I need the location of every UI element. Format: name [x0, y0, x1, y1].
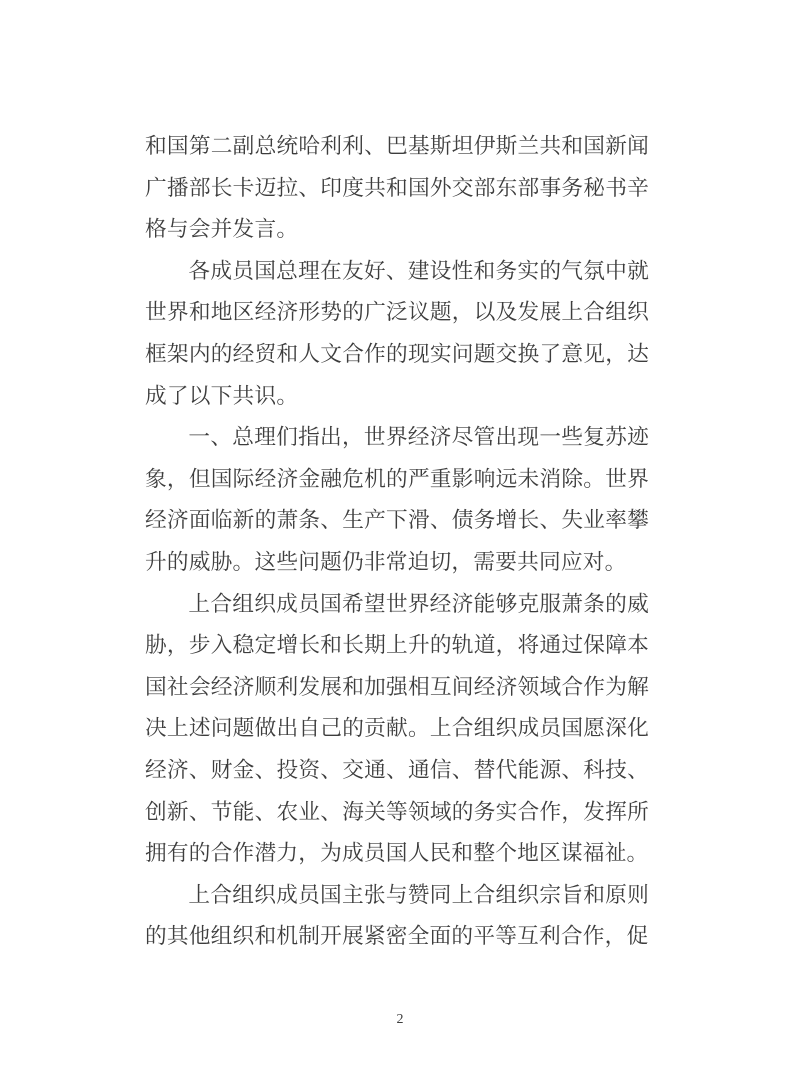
paragraph: 一、总理们指出，世界经济尽管出现一些复苏迹象，但国际经济金融危机的严重影响远未消… [145, 417, 649, 583]
page-number: 2 [0, 1010, 800, 1030]
paragraph: 各成员国总理在友好、建设性和务实的气氛中就世界和地区经济形势的广泛议题，以及发展… [145, 251, 649, 417]
paragraph: 和国第二副总统哈利利、巴基斯坦伊斯兰共和国新闻广播部长卡迈拉、印度共和国外交部东… [145, 126, 649, 251]
document-page: 和国第二副总统哈利利、巴基斯坦伊斯兰共和国新闻广播部长卡迈拉、印度共和国外交部东… [0, 0, 800, 1067]
text-content: 和国第二副总统哈利利、巴基斯坦伊斯兰共和国新闻广播部长卡迈拉、印度共和国外交部东… [145, 126, 649, 958]
paragraph: 上合组织成员国希望世界经济能够克服萧条的威胁，步入稳定增长和长期上升的轨道，将通… [145, 584, 649, 875]
paragraph: 上合组织成员国主张与赞同上合组织宗旨和原则的其他组织和机制开展紧密全面的平等互利… [145, 875, 649, 958]
